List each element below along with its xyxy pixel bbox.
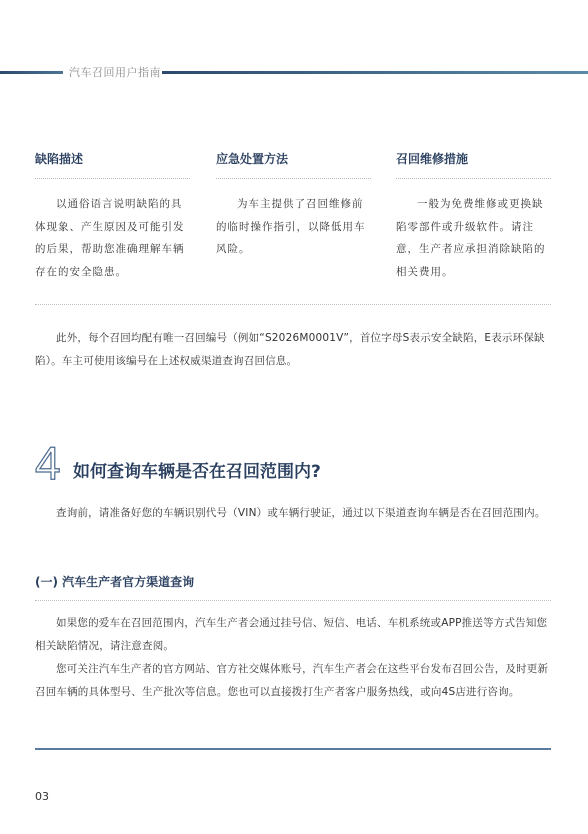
column-title: 召回维修措施 xyxy=(396,150,551,168)
column-title: 应急处置方法 xyxy=(216,150,371,168)
section-number: 4 xyxy=(35,435,61,491)
column-divider xyxy=(216,178,371,179)
section-divider xyxy=(35,304,551,305)
section-intro-paragraph: 查询前，请准备好您的车辆识别代号（VIN）或车辆行驶证，通过以下渠道查询车辆是否… xyxy=(35,502,551,525)
column-body: 一般为免费维修或更换缺陷零部件或升级软件。请注意，生产者应承担消除缺陷的相关费用… xyxy=(396,193,551,283)
subsection-paragraph-1: 如果您的爱车在召回范围内，汽车生产者会通过挂号信、短信、电话、车机系统或APP推… xyxy=(35,612,551,658)
info-columns: 缺陷描述 以通俗语言说明缺陷的具体现象、产生原因及可能引发的后果，帮助您准确理解… xyxy=(35,150,551,280)
section-title: 如何查询车辆是否在召回范围内? xyxy=(73,457,321,482)
page-number: 03 xyxy=(35,790,49,803)
column-divider xyxy=(396,178,551,179)
column-divider xyxy=(35,178,190,179)
subsection-divider xyxy=(35,600,551,601)
subsection-title: (一) 汽车生产者官方渠道查询 xyxy=(35,573,194,590)
header-title: 汽车召回用户指南 xyxy=(69,64,161,80)
section-heading: 4 如何查询车辆是否在召回范围内? xyxy=(35,443,435,487)
column-body: 以通俗语言说明缺陷的具体现象、产生原因及可能引发的后果，帮助您准确理解车辆存在的… xyxy=(35,193,190,283)
column-recall-repair: 召回维修措施 一般为免费维修或更换缺陷零部件或升级软件。请注意，生产者应承担消除… xyxy=(396,150,551,283)
column-defect-description: 缺陷描述 以通俗语言说明缺陷的具体现象、产生原因及可能引发的后果，帮助您准确理解… xyxy=(35,150,190,283)
subsection-paragraph-2: 您可关注汽车生产者的官方网站、官方社交媒体账号，汽车生产者会在这些平台发布召回公… xyxy=(35,658,551,704)
header-line-right xyxy=(162,71,588,74)
page-header: 汽车召回用户指南 xyxy=(0,66,588,80)
header-line-left xyxy=(0,71,63,74)
column-body: 为车主提供了召回维修前的临时操作指引，以降低用车风险。 xyxy=(216,193,371,261)
footer-line xyxy=(35,748,551,750)
recall-code-paragraph: 此外，每个召回均配有唯一召回编号（例如“S2026M0001V”，首位字母S表示… xyxy=(35,327,551,373)
column-title: 缺陷描述 xyxy=(35,150,190,168)
column-emergency-handling: 应急处置方法 为车主提供了召回维修前的临时操作指引，以降低用车风险。 xyxy=(216,150,371,261)
